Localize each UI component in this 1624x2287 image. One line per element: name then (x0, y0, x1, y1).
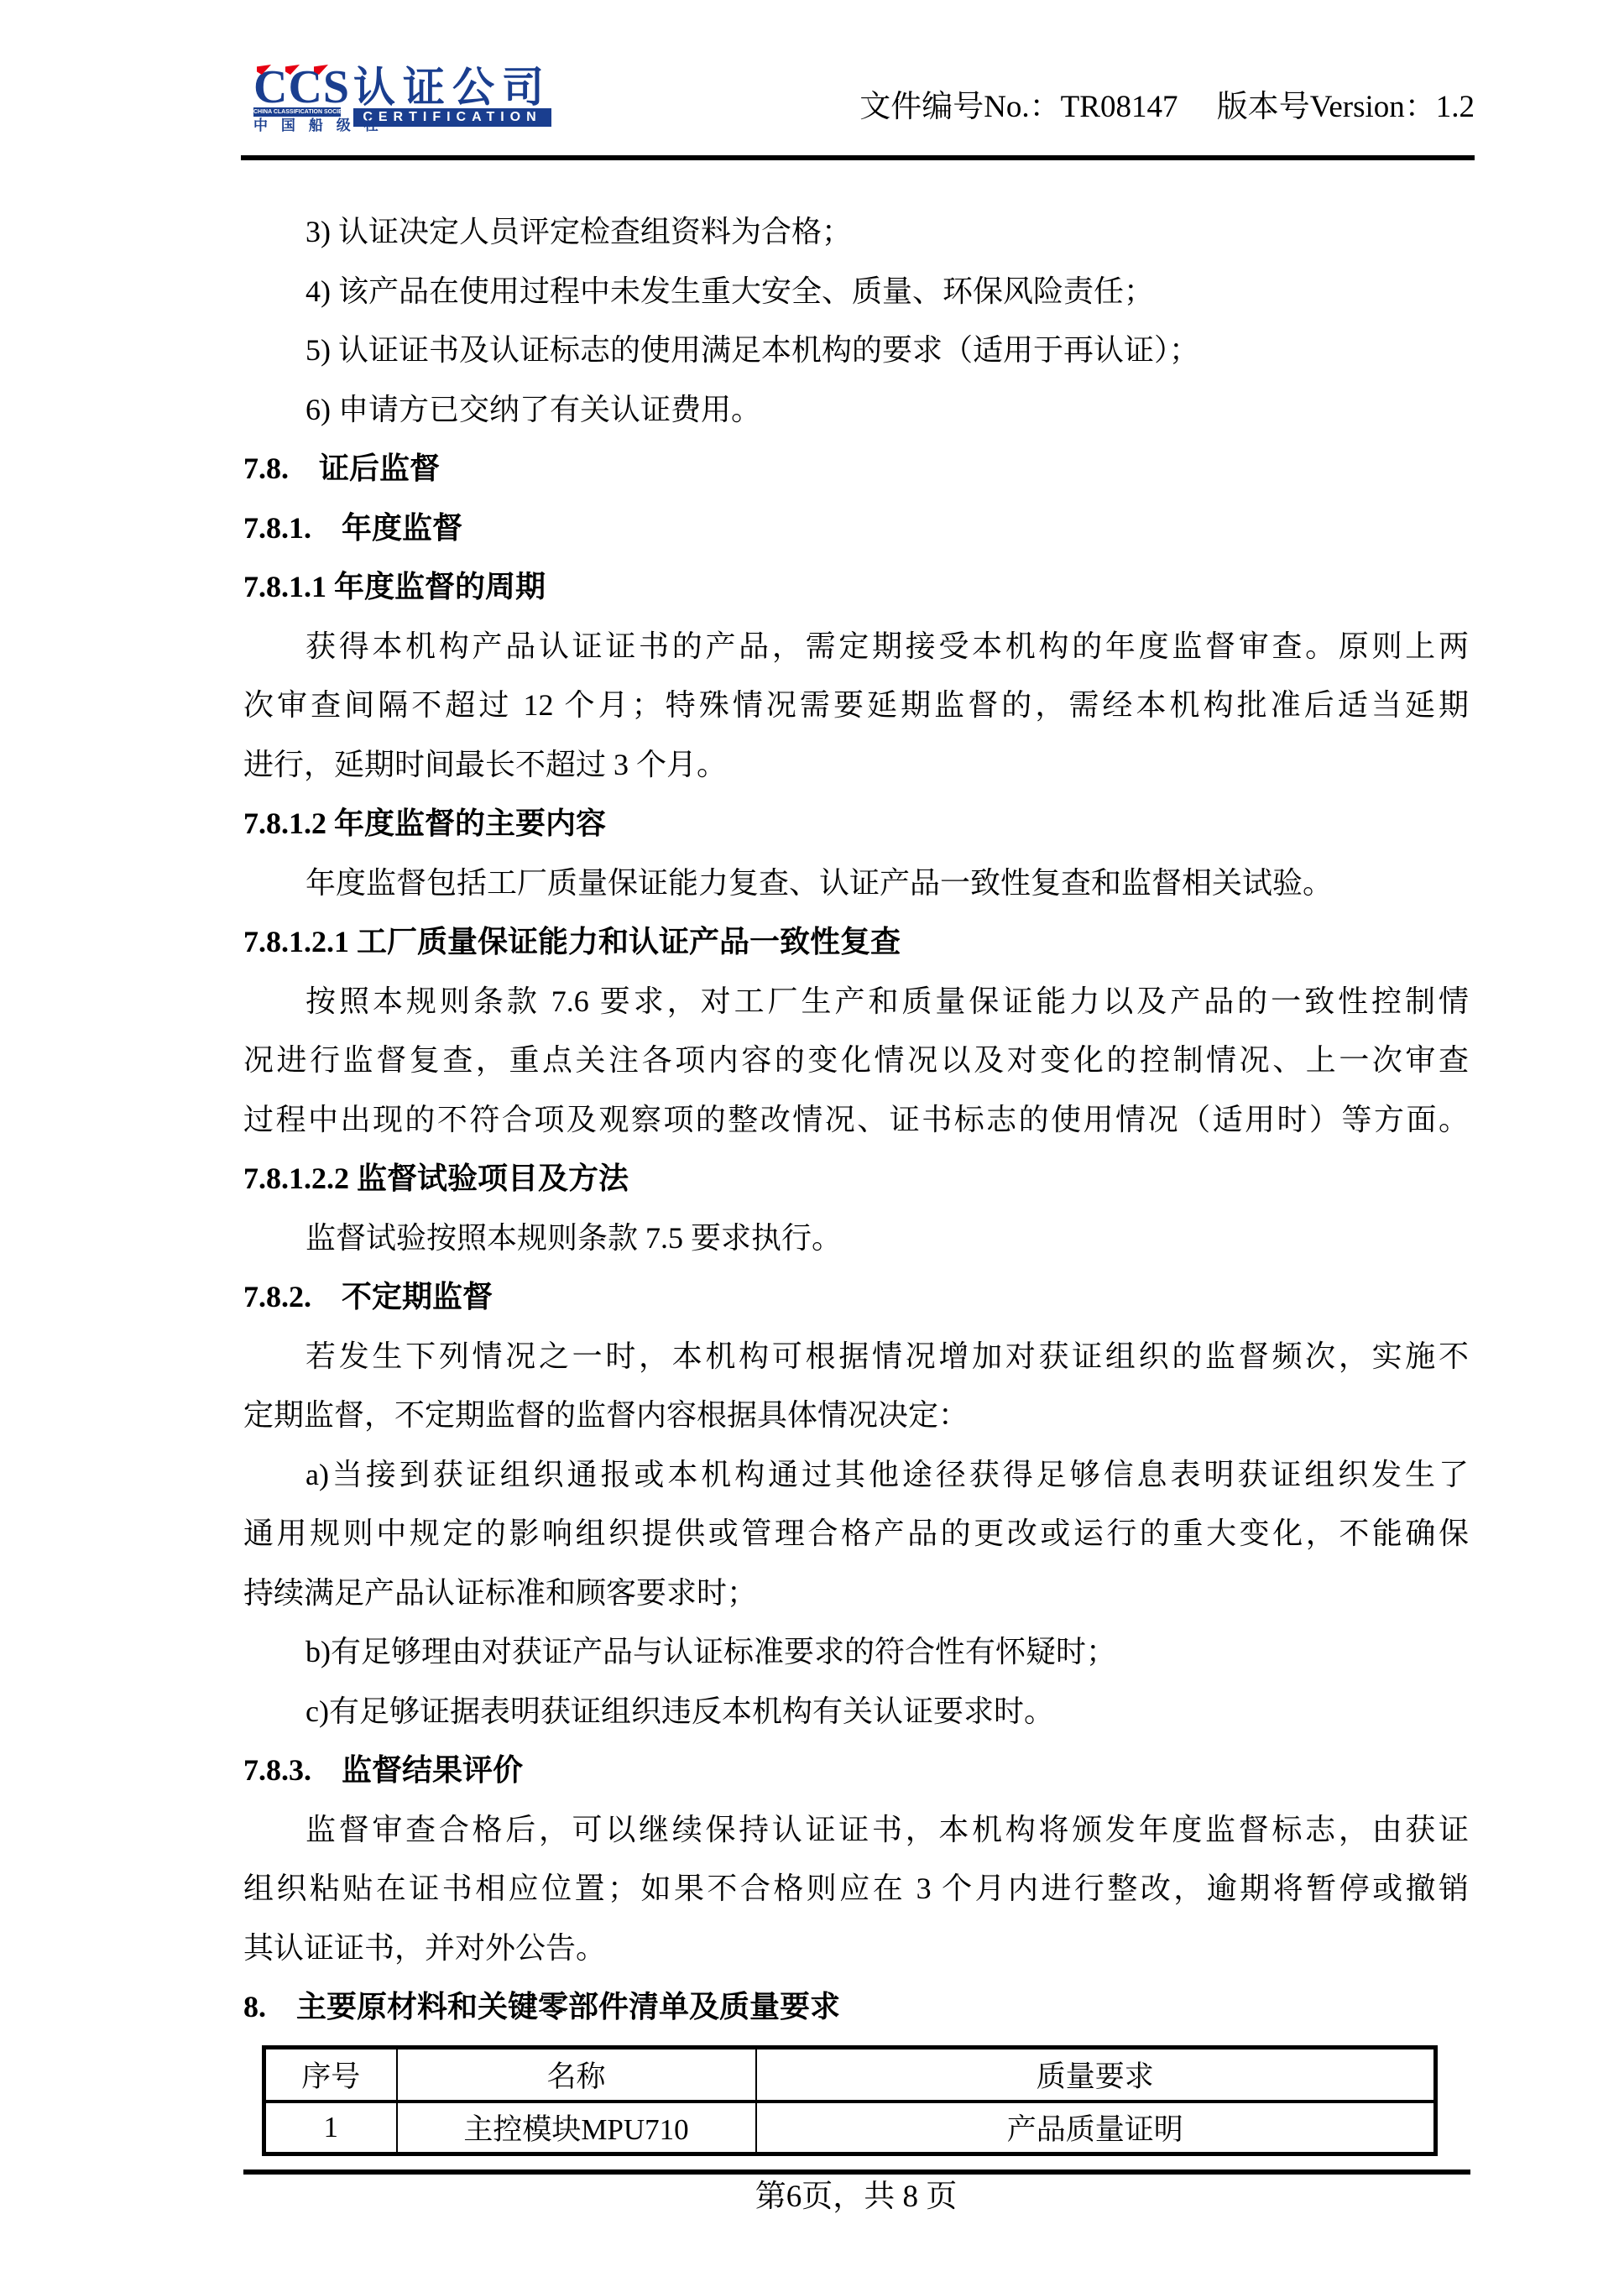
text-line: b)有足够理由对获证产品与认证标准要求的符合性有怀疑时； (243, 1622, 1469, 1682)
page-footer: 第6页，共 8 页 (243, 2179, 1469, 2216)
header-logo: CCS CHINA CLASSIFICATION SOCIETY 中 国 船 级… (253, 69, 551, 133)
text-line: 7.8.3. 监督结果评价 (243, 1741, 1469, 1800)
text-line: 其认证证书，并对外公告。 (243, 1919, 1469, 1978)
text-line: 进行，延期时间最长不超过 3 个月。 (243, 735, 1469, 795)
document-page: CCS CHINA CLASSIFICATION SOCIETY 中 国 船 级… (0, 0, 1624, 2287)
company-cn-label: 认证公司 (353, 69, 551, 106)
text-line: 况进行监督复查，重点关注各项内容的变化情况以及对变化的控制情况、上一次审查 (243, 1031, 1469, 1090)
certification-en-bar: CERTIFICATION (353, 108, 551, 127)
document-body: 3) 认证决定人员评定检查组资料为合格；4) 该产品在使用过程中未发生重大安全、… (243, 202, 1469, 2037)
header-rule (241, 155, 1475, 160)
text-line: 7.8.1.2 年度监督的主要内容 (243, 794, 1469, 854)
text-line: 7.8. 证后监督 (243, 439, 1469, 499)
table-header-cell-index: 序号 (264, 2048, 397, 2102)
certification-logo-block: 认证公司 CERTIFICATION (353, 69, 551, 127)
text-line: 监督审查合格后，可以继续保持认证证书，本机构将颁发年度监督标志，由获证 (243, 1800, 1469, 1860)
text-line: 7.8.2. 不定期监督 (243, 1267, 1469, 1327)
text-line: 组织粘贴在证书相应位置；如果不合格则应在 3 个月内进行整改，逾期将暂停或撤销 (243, 1859, 1469, 1919)
table-cell-requirement: 产品质量证明 (756, 2102, 1436, 2154)
table-row: 1 主控模块MPU710 产品质量证明 (264, 2102, 1436, 2154)
footer-rule (243, 2170, 1470, 2175)
doc-number: 文件编号No.：TR08147 版本号Version：1.2 (859, 89, 1475, 126)
table-cell-name: 主控模块MPU710 (397, 2102, 756, 2154)
text-line: 若发生下列情况之一时，本机构可根据情况增加对获证组织的监督频次，实施不 (243, 1327, 1469, 1386)
materials-table: 序号 名称 质量要求 1 主控模块MPU710 产品质量证明 (262, 2045, 1438, 2156)
text-line: 7.8.1.2.2 监督试验项目及方法 (243, 1149, 1469, 1209)
text-line: 监督试验按照本规则条款 7.5 要求执行。 (243, 1209, 1469, 1268)
table-header-row: 序号 名称 质量要求 (264, 2048, 1436, 2102)
society-cn-label: 中 国 船 级 社 (253, 118, 341, 133)
text-line: 按照本规则条款 7.6 要求，对工厂生产和质量保证能力以及产品的一致性控制情 (243, 972, 1469, 1031)
text-line: 过程中出现的不符合项及观察项的整改情况、证书标志的使用情况（适用时）等方面。 (243, 1090, 1469, 1150)
text-line: 定期监督，不定期监督的监督内容根据具体情况决定： (243, 1386, 1469, 1445)
text-line: 次审查间隔不超过 12 个月；特殊情况需要延期监督的，需经本机构批准后适当延期 (243, 676, 1469, 735)
ccs-logo-block: CCS CHINA CLASSIFICATION SOCIETY 中 国 船 级… (253, 69, 341, 133)
text-line: c)有足够证据表明获证组织违反本机构有关认证要求时。 (243, 1682, 1469, 1741)
text-line: 5) 认证证书及认证标志的使用满足本机构的要求（适用于再认证）； (243, 321, 1469, 380)
text-line: 7.8.1.1 年度监督的周期 (243, 557, 1469, 617)
table-header-cell-name: 名称 (397, 2048, 756, 2102)
ccs-wordmark: CCS (253, 69, 341, 106)
text-line: 持续满足产品认证标准和顾客要求时； (243, 1564, 1469, 1623)
text-line: 7.8.1. 年度监督 (243, 499, 1469, 558)
table-header-cell-requirement: 质量要求 (756, 2048, 1436, 2102)
text-line: 通用规则中规定的影响组织提供或管理合格产品的更改或运行的重大变化，不能确保 (243, 1504, 1469, 1564)
text-line: a)当接到获证组织通报或本机构通过其他途径获得足够信息表明获证组织发生了 (243, 1445, 1469, 1505)
table-cell-index: 1 (264, 2102, 397, 2154)
text-line: 4) 该产品在使用过程中未发生重大安全、质量、环保风险责任； (243, 262, 1469, 321)
text-line: 7.8.1.2.1 工厂质量保证能力和认证产品一致性复查 (243, 912, 1469, 972)
text-line: 年度监督包括工厂质量保证能力复查、认证产品一致性复查和监督相关试验。 (243, 854, 1469, 913)
text-line: 获得本机构产品认证证书的产品，需定期接受本机构的年度监督审查。原则上两 (243, 617, 1469, 676)
text-line: 8. 主要原材料和关键零部件清单及质量要求 (243, 1977, 1469, 2037)
text-line: 6) 申请方已交纳了有关认证费用。 (243, 380, 1469, 440)
text-line: 3) 认证决定人员评定检查组资料为合格； (243, 202, 1469, 262)
